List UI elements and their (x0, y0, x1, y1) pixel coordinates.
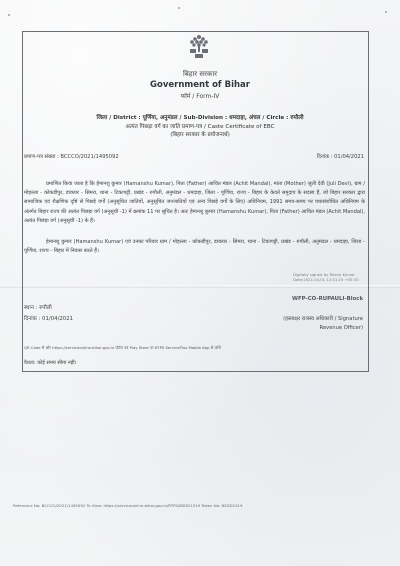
speck (178, 7, 180, 9)
location-line: जिला / District : पूर्णिया, अनुमंडल / Su… (0, 113, 400, 121)
bihar-emblem-icon (184, 34, 214, 62)
government-title: Government of Bihar (0, 80, 400, 90)
residence-paragraph: हेमानशु कुमार (Hamanshu Kumar) एवं उनका … (24, 238, 365, 256)
speck (8, 14, 10, 16)
certificate-date: दिनांक : 01/04/2021 (317, 152, 364, 160)
digital-signature-stamp: Digitally signed by Ritesh Kumar Date:20… (293, 272, 359, 282)
signatory-line-2: Revenue Officer) (283, 324, 363, 333)
digital-signature-date: Date:2021.04.01 12:51:25 +05:30 (293, 277, 359, 282)
place: स्थान : रुपौली (24, 303, 52, 311)
validity-note: वैधता: कोई समय सीमा नहीं। (24, 360, 76, 366)
certification-paragraph: प्रमाणित किया जाता है कि हेमानशु कुमार (… (24, 180, 365, 226)
certificate-title: अत्यंत पिछड़ा वर्ग का जाति प्रमाण-पत्र /… (0, 122, 400, 130)
place-date: दिनांक : 01/04/2021 (24, 314, 73, 322)
form-label: फॉर्म / Form-IV (0, 92, 400, 100)
footer-reference: Reference No: BCCCO/2021/1495092 To View… (13, 503, 243, 508)
signatory-title: (हस्ताक्षर राजस्व अधिकारी / Signature Re… (283, 315, 363, 333)
qr-verification-note: QR Code से और https://serviceonline.biha… (24, 344, 254, 351)
signing-block: WFP-CO-RUPAULI-Block (292, 296, 363, 302)
signatory-line-1: (हस्ताक्षर राजस्व अधिकारी / Signature (283, 315, 363, 324)
hindi-government-title: बिहार सरकार (0, 70, 400, 79)
issued-for: (बिहार सरकार के प्रयोजनार्थ) (0, 130, 400, 138)
speck (385, 11, 387, 13)
certificate-number: प्रमाण-पत्र संख्या : BCCCO/2021/1495092 (24, 152, 119, 160)
